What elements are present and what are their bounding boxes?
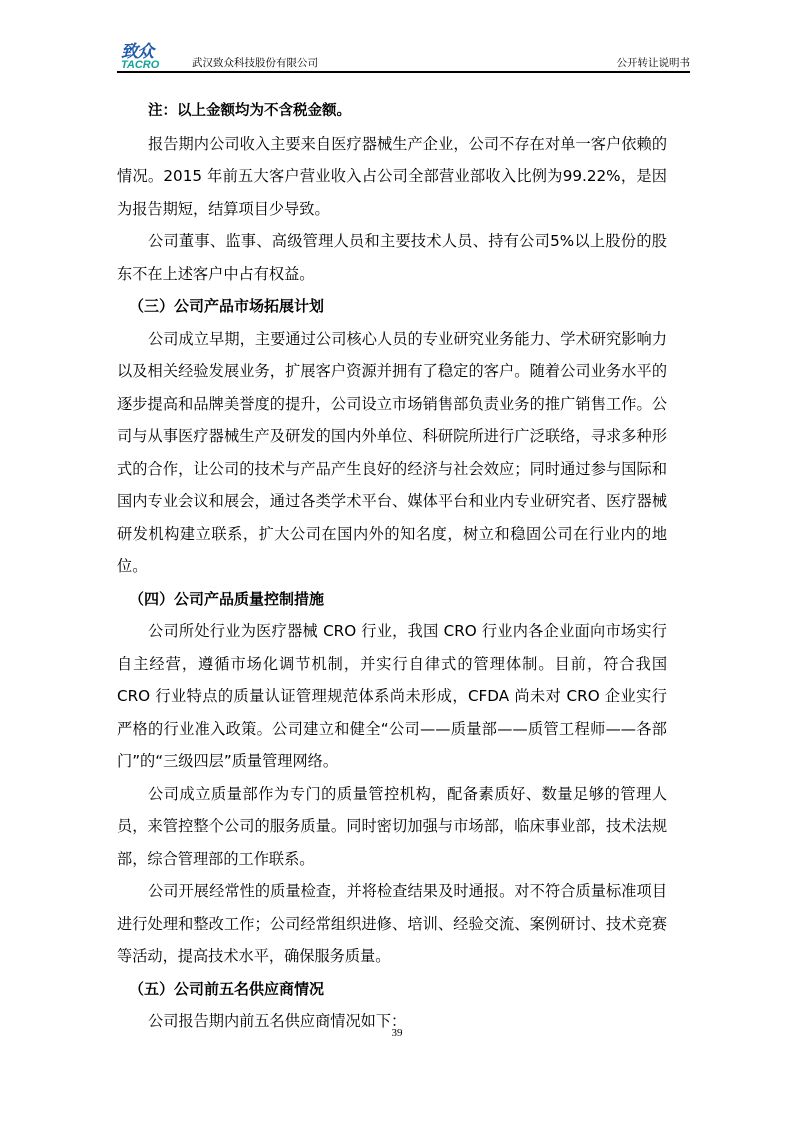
section-heading-5: （五）公司前五名供应商情况 (117, 973, 667, 1006)
company-name: 武汉致众科技股份有限公司 (192, 57, 318, 69)
company-logo: 致众 TACRO (121, 44, 185, 72)
section-heading-4: （四）公司产品质量控制措施 (117, 583, 667, 616)
paragraph: 公司成立质量部作为专门的质量管控机构，配备素质好、数量足够的管理人员，来管控整个… (117, 778, 667, 876)
header-divider (117, 71, 690, 73)
logo-tacro-wordmark: TACRO (121, 60, 159, 71)
paragraph: 公司所处行业为医疗器械 CRO 行业，我国 CRO 行业内各企业面向市场实行自主… (117, 615, 667, 778)
page-body: 注：以上金额均为不含税金额。 报告期内公司收入主要来自医疗器械生产企业，公司不存… (117, 95, 667, 1038)
amount-note: 注：以上金额均为不含税金额。 (117, 95, 667, 128)
paragraph: 公司开展经常性的质量检查，并将检查结果及时通报。对不符合质量标准项目进行处理和整… (117, 875, 667, 973)
document-title: 公开转让说明书 (617, 57, 691, 69)
paragraph: 公司董事、监事、高级管理人员和主要技术人员、持有公司5%以上股份的股东不在上述客… (117, 225, 667, 290)
paragraph: 公司成立早期，主要通过公司核心人员的专业研究业务能力、学术研究影响力以及相关经验… (117, 323, 667, 583)
page-number: 39 (0, 1027, 794, 1039)
page-header: 致众 TACRO 武汉致众科技股份有限公司 公开转让说明书 (117, 42, 690, 73)
section-heading-3: （三）公司产品市场拓展计划 (117, 290, 667, 323)
paragraph: 报告期内公司收入主要来自医疗器械生产企业，公司不存在对单一客户依赖的情况。201… (117, 128, 667, 226)
